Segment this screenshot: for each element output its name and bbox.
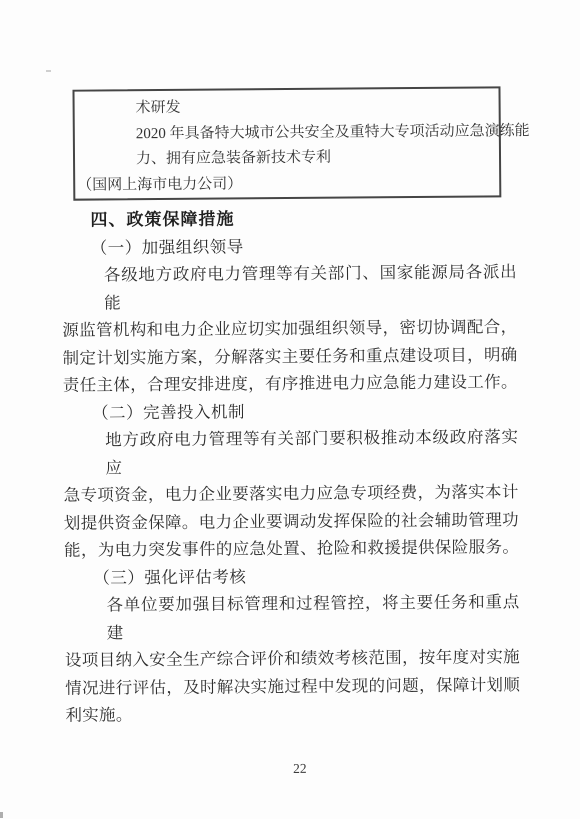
scan-speck	[46, 70, 51, 72]
paragraph-line: 利实施。	[65, 698, 520, 729]
paragraph-line: 各级地方政府电力管理等有关部门、国家能源局各派出能	[62, 258, 517, 317]
box-line-organization: （国网上海市电力公司）	[75, 170, 499, 199]
paragraph-line: 制定计划实施方案，分解落实主要任务和重点建设项目，明确	[62, 341, 517, 372]
paragraph-line: 责任主体，合理安排进度，有序推进电力应急能力建设工作。	[63, 368, 518, 399]
page-number: 22	[293, 761, 307, 777]
subsection-heading-1: （一）加强组织领导	[62, 231, 517, 262]
subsection-heading-3: （三）强化评估考核	[64, 561, 519, 592]
paragraph-line: 地方政府电力管理等有关部门要积极推动本级政府落实应	[63, 423, 518, 482]
paragraph-line: 急专项资金，电力企业要落实电力应急专项经费，为落实本计	[64, 478, 519, 509]
box-line: 2020 年具备特大城市公共安全及重特大专项活动应急演练能	[75, 119, 499, 148]
paragraph-line: 各单位要加强目标管理和过程管控，将主要任务和重点建	[64, 588, 519, 647]
paragraph-line: 划提供资金保障。电力企业要调动发挥保险的社会辅助管理功	[64, 506, 519, 537]
paragraph-line: 情况进行评估，及时解决实施过程中发现的问题，保障计划顺	[65, 671, 520, 702]
body-text-block: 四、政策保障措施 （一）加强组织领导 各级地方政府电力管理等有关部门、国家能源局…	[61, 203, 520, 729]
box-line: 术研发	[75, 93, 499, 122]
box-line: 力、拥有应急装备新技术专利	[75, 144, 499, 173]
section-heading: 四、政策保障措施	[61, 203, 516, 234]
paragraph-line: 设项目纳入安全生产综合评价和绩效考核范围，按年度对实施	[65, 643, 520, 674]
scanned-content: 术研发 2020 年具备特大城市公共安全及重特大专项活动应急演练能 力、拥有应急…	[0, 0, 580, 819]
paragraph-line: 源监管机构和电力企业应切实加强组织领导，密切协调配合，	[62, 313, 517, 344]
table-continuation-box: 术研发 2020 年具备特大城市公共安全及重特大专项活动应急演练能 力、拥有应急…	[72, 86, 501, 200]
subsection-heading-2: （二）完善投入机制	[63, 396, 518, 427]
scan-edge-mark	[0, 812, 3, 818]
document-page: 术研发 2020 年具备特大城市公共安全及重特大专项活动应急演练能 力、拥有应急…	[0, 0, 580, 819]
paragraph-line: 能，为电力突发事件的应急处置、抢险和救援提供保险服务。	[64, 533, 519, 564]
